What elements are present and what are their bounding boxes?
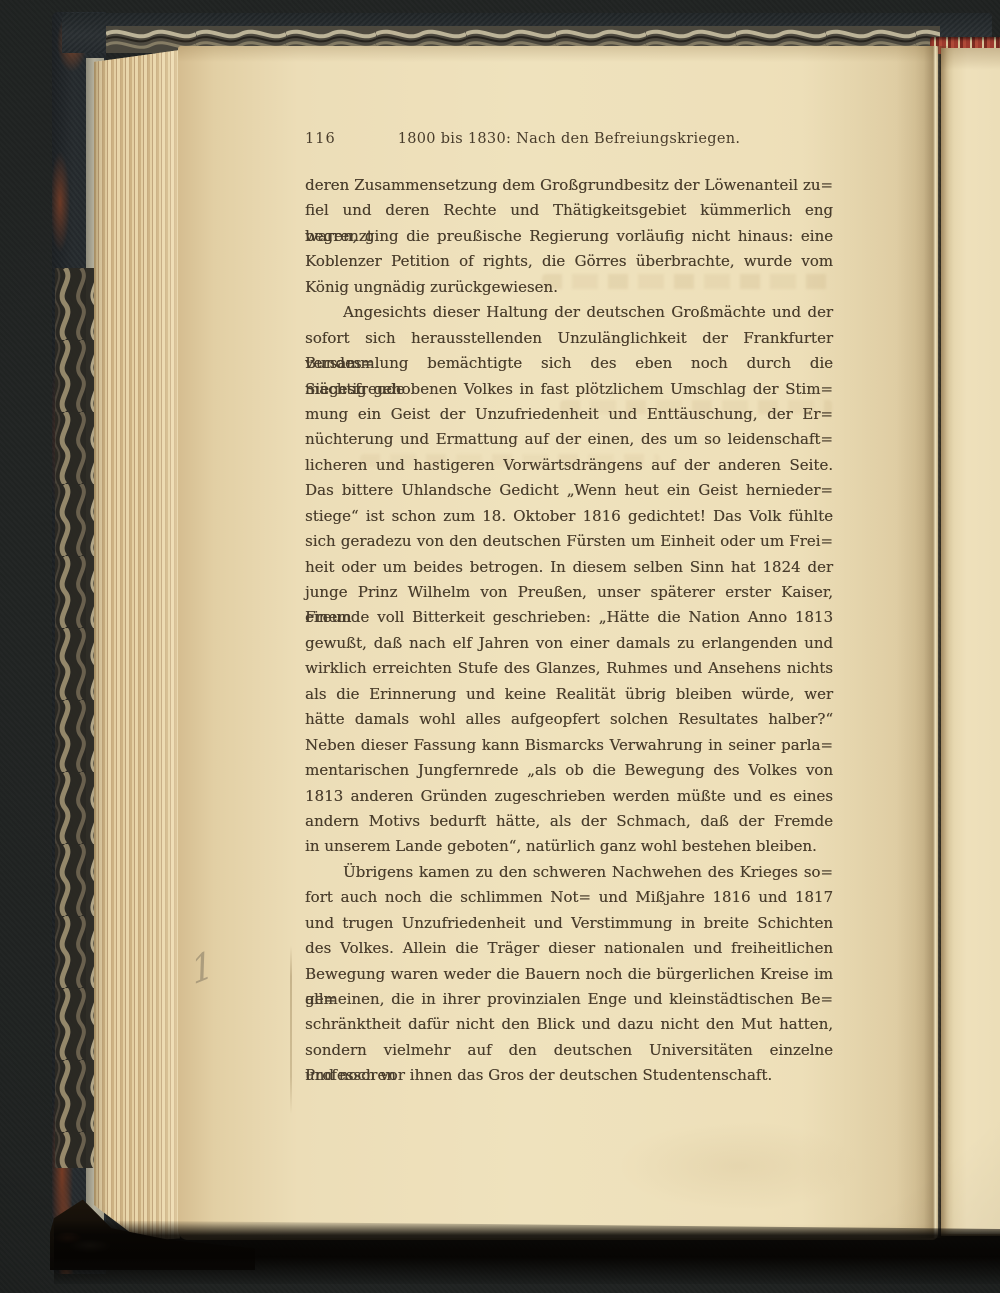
text-line: mung ein Geist der Unzufriedenheit und E… <box>305 402 833 427</box>
fore-edge-page-stack <box>94 50 180 1242</box>
text-line: nüchterung und Ermattung auf der einen, … <box>305 427 833 452</box>
text-line: Bewegung waren weder die Bauern noch die… <box>305 962 833 987</box>
text-line: junge Prinz Wilhelm von Preußen, unser s… <box>305 580 833 605</box>
text-line: sich geradezu von den deutschen Fürsten … <box>305 529 833 554</box>
text-line: König ungnädig zurückgewiesen. <box>305 275 833 300</box>
paragraph: Angesichts dieser Haltung der deutschen … <box>305 300 833 860</box>
text-line: deren Zusammensetzung dem Großgrundbesit… <box>305 173 833 198</box>
page-crease <box>290 946 292 1114</box>
text-line: gemeinen, die in ihrer provinzialen Enge… <box>305 987 833 1012</box>
text-line: licheren und hastigeren Vorwärtsdrängens… <box>305 453 833 478</box>
text-line: mächtig gehobenen Volkes in fast plötzli… <box>305 377 833 402</box>
paragraph: deren Zusammensetzung dem Großgrundbesit… <box>305 173 833 300</box>
text-line: mentarischen Jungfernrede „als ob die Be… <box>305 758 833 783</box>
text-line: Freunde voll Bitterkeit geschrieben: „Hä… <box>305 605 833 630</box>
running-header: 1800 bis 1830: Nach den Befreiungskriege… <box>305 131 833 147</box>
text-line: und trugen Unzufriedenheit und Verstimmu… <box>305 911 833 936</box>
text-line: sondern vielmehr auf den deutschen Unive… <box>305 1038 833 1063</box>
page-header: 116 1800 bis 1830: Nach den Befreiungskr… <box>305 131 833 153</box>
text-line: Übrigens kamen zu den schweren Nachwehen… <box>305 860 833 885</box>
text-line: Neben dieser Fassung kann Bismarcks Verw… <box>305 733 833 758</box>
text-line: andern Motivs bedurft hätte, als der Sch… <box>305 809 833 834</box>
text-block: deren Zusammensetzung dem Großgrundbesit… <box>305 173 833 1089</box>
text-line: Koblenzer Petition of rights, die Görres… <box>305 249 833 274</box>
facing-page-edge <box>941 48 1000 1236</box>
paragraph: Übrigens kamen zu den schweren Nachwehen… <box>305 860 833 1089</box>
page-text: 116 1800 bis 1830: Nach den Befreiungskr… <box>305 131 833 1089</box>
text-line: waren, ging die preußische Regierung vor… <box>305 224 833 249</box>
text-line: wirklich erreichten Stufe des Glanzes, R… <box>305 656 833 681</box>
text-line: 1813 anderen Gründen zugeschrieben werde… <box>305 784 833 809</box>
text-line: fiel und deren Rechte und Thätigkeitsgeb… <box>305 198 833 223</box>
text-line: hätte damals wohl alles aufgeopfert solc… <box>305 707 833 732</box>
text-line: stiege“ ist schon zum 18. Oktober 1816 g… <box>305 504 833 529</box>
text-line: Angesichts dieser Haltung der deutschen … <box>305 300 833 325</box>
text-line: schränktheit dafür nicht den Blick und d… <box>305 1012 833 1037</box>
text-line: und noch vor ihnen das Gros der deutsche… <box>305 1063 833 1088</box>
text-line: als die Erinnerung und keine Realität üb… <box>305 682 833 707</box>
text-line: fort auch noch die schlimmen Not= und Mi… <box>305 885 833 910</box>
text-line: sofort sich herausstellenden Unzulänglic… <box>305 326 833 351</box>
text-line: heit oder um beides betrogen. In diesem … <box>305 555 833 580</box>
text-line: Das bittere Uhlandsche Gedicht „Wenn heu… <box>305 478 833 503</box>
text-line: versammlung bemächtigte sich des eben no… <box>305 351 833 376</box>
text-line: gewußt, daß nach elf Jahren von einer da… <box>305 631 833 656</box>
text-line: in unserem Lande geboten“, natürlich gan… <box>305 834 833 859</box>
text-line: des Volkes. Allein die Träger dieser nat… <box>305 936 833 961</box>
